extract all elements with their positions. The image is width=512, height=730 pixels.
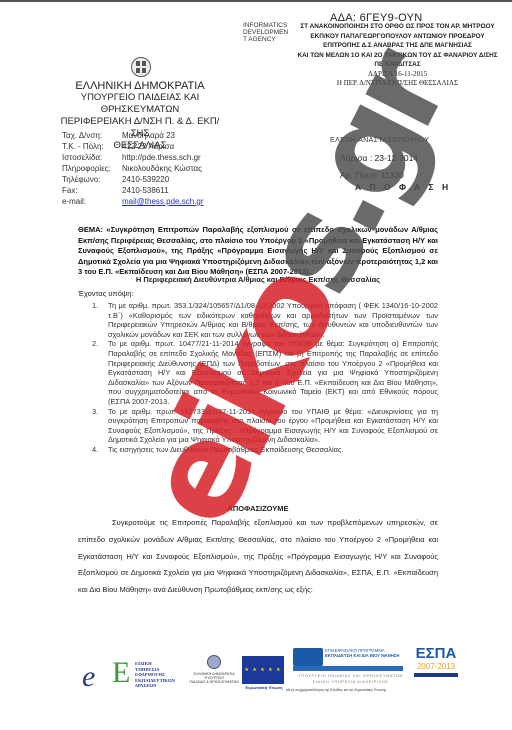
- authority-heading: Η Περιφερειακή Διευθύντρια Α/θμιας και Β…: [78, 275, 438, 284]
- contact-label: Τ.Κ. - Πόλη:: [62, 141, 122, 152]
- espa-title: ΕΣΠΑ: [410, 646, 462, 662]
- contact-details: Ταχ. Δ/νση:Μανδηλαρά 23 Τ.Κ. - Πόλη: 412…: [62, 130, 204, 207]
- eu-stars-icon: ★ ★ ★ ★ ★: [242, 656, 284, 684]
- subject-paragraph: ΘΕΜΑ: «Συγκρότηση Επιτροπών Παραλαβής εξ…: [78, 225, 438, 278]
- cofinancing-note: Με τη συγχρηματοδότηση της Ελλάδας και τ…: [286, 688, 416, 692]
- item-number: 4.: [92, 445, 98, 455]
- informatics-line: DEVELOPMEN: [243, 29, 288, 36]
- consideration-item: 4.Τις εισηγήσεις των Διευθυντών Πρωτοβάθ…: [78, 445, 438, 455]
- document-type: Α Π Ο Φ Α Σ Η: [355, 182, 451, 192]
- item-text: Τις εισηγήσεις των Διευθυντών Πρωτοβάθμι…: [108, 445, 344, 454]
- eyeea-logo-icon: e: [82, 660, 95, 694]
- stamp-line: ΕΠΙΤΡΟΠΗΣ Δ.Σ ΑΝΑΒΡΑΣ ΤΗΣ ΔΠΕ ΜΑΓΝΗΣΙΑΣ: [285, 41, 510, 51]
- stamp-date: ΛΑΡΙΣΑ 16-11-2015: [285, 70, 510, 80]
- espa-bar: [414, 673, 458, 677]
- item-number: 1.: [92, 301, 98, 311]
- contact-row: e-mail:mail@thess.pde.sch.gr: [62, 196, 204, 207]
- email-link[interactable]: mail@thess.pde.sch.gr: [122, 196, 204, 207]
- contact-row: Πληροφορίες:Νικολουδάκης Κώστας: [62, 163, 204, 174]
- contact-value: 412 22 Λάρισα: [122, 141, 174, 152]
- stamp-signer-title: Η ΠΕΡ. Δ/ΝΤΡΙΑ ΕΚΠ/ΣΗΣ ΘΕΣΣΑΛΙΑΣ: [285, 79, 510, 89]
- contact-label: Ιστοσελίδα:: [62, 152, 122, 163]
- decision-heading: ΑΠΟΦΑΣΙΖΟΥΜΕ: [78, 504, 438, 513]
- contact-label: Ταχ. Δ/νση:: [62, 130, 122, 141]
- contact-label: e-mail:: [62, 196, 122, 207]
- document-info: Λάρισα : 23-12-2014 Αρ. Πρωτ: 11330: [340, 150, 418, 184]
- contact-row: Ιστοσελίδα:http://pde.thess.sch.gr: [62, 152, 204, 163]
- op-name: ΕΚΠΑΙΔΕΥΣΗ ΚΑΙ ΔΙΑ ΒΙΟΥ ΜΑΘΗΣΗ: [325, 653, 399, 658]
- op-title-block: ΕΠΙΧΕΙΡΗΣΙΑΚΟ ΠΡΟΓΡΑΜΜΑ ΕΚΠΑΙΔΕΥΣΗ ΚΑΙ Δ…: [325, 648, 399, 658]
- stamp-line: ΠΕ ΚΑΡΔΙΤΣΑΣ: [285, 60, 510, 70]
- op-book-logo-icon: [293, 648, 323, 666]
- page-top-border: [0, 0, 512, 2]
- contact-row: Τ.Κ. - Πόλη: 412 22 Λάρισα: [62, 141, 204, 152]
- signer-name: ΕΛΕΝΗ ΑΝΑΣΤΑΣΟΠΟΥΛΟΥ: [330, 137, 429, 144]
- correction-stamp: ΣΤ ΑΝΑΚΟΙΝΟΠΟΙΗΣΗ ΣΤΟ ΟΡΘΟ ΩΣ ΠΡΟΣ ΤΟΝ Α…: [285, 22, 510, 89]
- eyeea-logo-text: ΕΙΔΙΚΗ ΥΠΗΡΕΣΙΑ ΕΦΑΡΜΟΓΗΣ ΕΚΠΑΙΔΕΥΤΙΚΩΝ …: [135, 661, 175, 689]
- ministry-seal-icon: [207, 655, 221, 669]
- contact-value: Μανδηλαρά 23: [122, 130, 175, 141]
- consideration-item: 1.Τη με αριθμ. πρωτ. 353.1/324/105657/Δ1…: [78, 301, 438, 339]
- eu-label: Ευρωπαϊκή Ένωση: [240, 685, 288, 690]
- consideration-item: 2.Το με αριθμ. πρωτ. 10477/21-11-2014 έγ…: [78, 339, 438, 406]
- op-subtitle: ΥΠΟΥΡΓΕΙΟ ΠΑΙΔΕΙΑΣ ΚΑΙ ΘΡΗΣΚΕΥΜΑΤΩΝ ΕΙΔΙ…: [293, 673, 408, 684]
- contact-value: 2410-539220: [122, 174, 169, 185]
- contact-row: Ταχ. Δ/νση:Μανδηλαρά 23: [62, 130, 204, 141]
- eye-line: ΔΡΑΣΕΩΝ: [135, 683, 175, 689]
- contact-row: Fax:2410-538611: [62, 185, 204, 196]
- ministry-title: ΥΠΟΥΡΓΕΙΟ ΠΑΙΔΕΙΑΣ ΚΑΙ ΘΡΗΣΚΕΥΜΑΤΩΝ: [55, 92, 225, 116]
- decision-body: Συγκροτούμε τις Επιτροπές Παραλαβής εξοπ…: [78, 515, 438, 599]
- item-text: Τη με αριθμ. πρωτ. 353.1/324/105657/Δ1/0…: [108, 301, 438, 339]
- item-text: Το με αριθμ. πρωτ. 10477/21-11-2014 έγγρ…: [108, 339, 438, 406]
- informatics-line: INFORMATICS: [243, 22, 288, 29]
- informatics-line: T AGENCY: [243, 36, 288, 43]
- contact-value: 2410-538611: [122, 185, 169, 196]
- item-number: 3.: [92, 407, 98, 417]
- espa-years: 2007-2013: [410, 662, 462, 671]
- ministry-line: ΠΑΙΔΕΙΑΣ & ΘΡΗΣΚΕΥΜΑΤΩΝ: [186, 680, 242, 684]
- item-text: Το με αριθμ. πρωτ. 192733/Δ1/27-11-2014 …: [108, 407, 438, 445]
- item-number: 2.: [92, 339, 98, 349]
- op-bar: [293, 666, 403, 671]
- consideration-item: 3.Το με αριθμ. πρωτ. 192733/Δ1/27-11-201…: [78, 407, 438, 445]
- contact-row: Τηλέφωνο:2410-539220: [62, 174, 204, 185]
- informatics-agency-label: INFORMATICS DEVELOPMEN T AGENCY: [243, 22, 288, 43]
- stamp-line: ΕΚΠ/ΚΟΥ ΠΑΠΑΓΕΩΡΓΟΠΟΥΛΟΥ ΑΝΤΩΝΙΟΥ ΠΡΟΕΔΡ…: [285, 32, 510, 42]
- document-date: Λάρισα : 23-12-2014: [340, 150, 418, 167]
- espa-logo: ΕΣΠΑ 2007-2013: [410, 646, 462, 677]
- website-value: http://pde.thess.sch.gr: [122, 152, 201, 163]
- op-service: ΕΙΔΙΚΗ ΥΠΗΡΕΣΙΑ ΔΙΑΧΕΙΡΙΣΗΣ: [293, 679, 408, 685]
- contact-value: Νικολουδάκης Κώστας: [122, 163, 202, 174]
- greek-emblem-icon: [131, 57, 151, 77]
- ministry-logo: ΕΛΛΗΝΙΚΗ ΔΗΜΟΚΡΑΤΙΑ ΥΠΟΥΡΓΕΙΟ ΠΑΙΔΕΙΑΣ &…: [186, 655, 242, 684]
- considerations-list: 1.Τη με αριθμ. πρωτ. 353.1/324/105657/Δ1…: [78, 301, 438, 455]
- stamp-line: ΚΑΙ ΤΩΝ ΜΕΛΩΝ 1Ο ΚΑΙ 2Ο ΤΑΚΤΙΚΩΝ ΤΟΥ ΔΣ …: [285, 51, 510, 61]
- contact-label: Fax:: [62, 185, 122, 196]
- eyeea-logo-e-icon: E: [112, 656, 130, 690]
- republic-title: ΕΛΛΗΝΙΚΗ ΔΗΜΟΚΡΑΤΙΑ: [55, 80, 225, 92]
- contact-label: Πληροφορίες:: [62, 163, 122, 174]
- contact-label: Τηλέφωνο:: [62, 174, 122, 185]
- stamp-line: ΣΤ ΑΝΑΚΟΙΝΟΠΟΙΗΣΗ ΣΤΟ ΟΡΘΟ ΩΣ ΠΡΟΣ ΤΟΝ Α…: [285, 22, 510, 32]
- op-ministry: ΥΠΟΥΡΓΕΙΟ ΠΑΙΔΕΙΑΣ ΚΑΙ ΘΡΗΣΚΕΥΜΑΤΩΝ: [293, 673, 408, 679]
- having-regard-label: Έχοντας υπόψη:: [78, 289, 133, 298]
